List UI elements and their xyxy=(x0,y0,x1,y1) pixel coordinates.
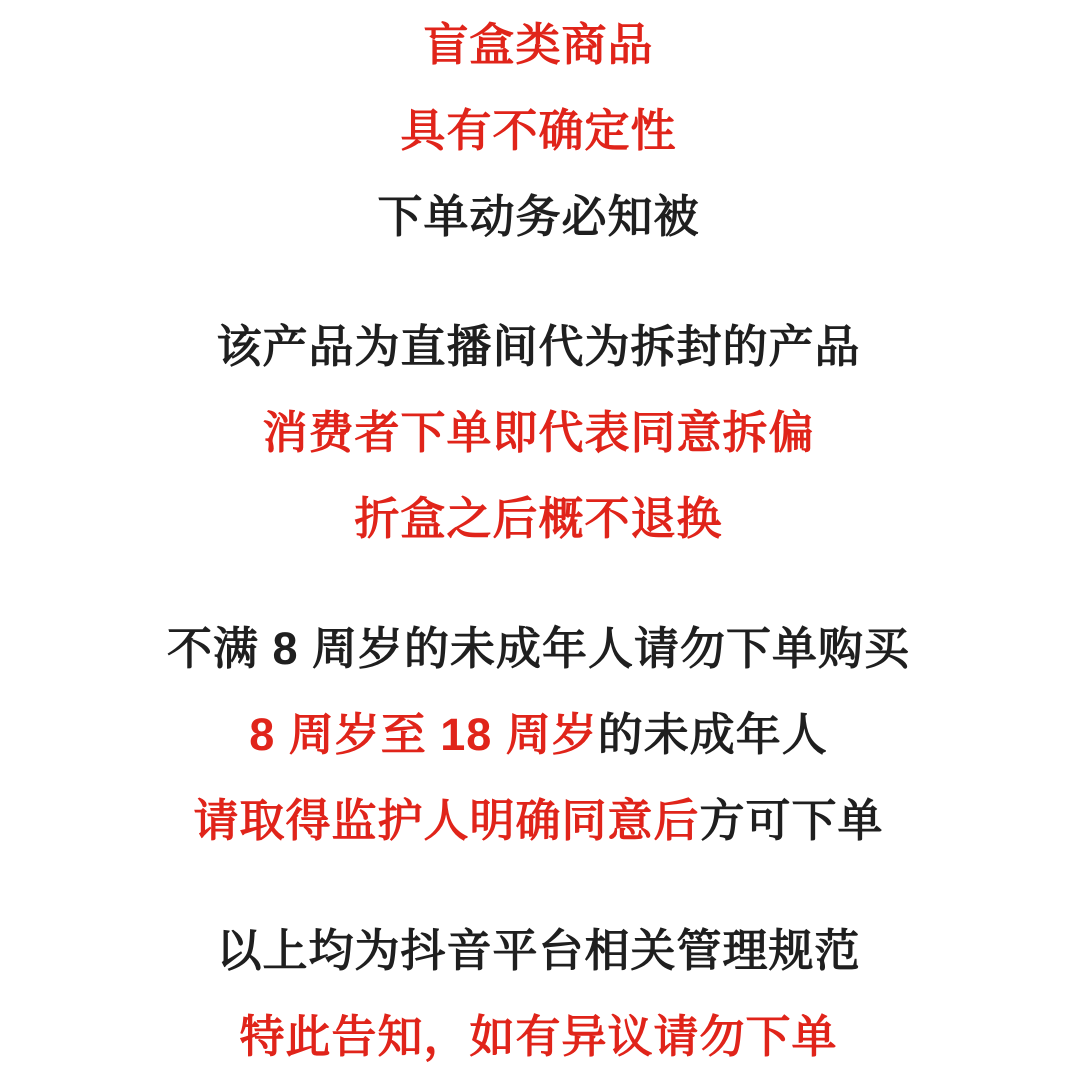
notice-line: 请取得监护人明确同意后方可下单 xyxy=(0,778,1077,864)
notice-text-segment: 请取得监护人明确同意后 xyxy=(193,795,699,846)
notice-text-segment: 的未成年人 xyxy=(598,709,828,760)
notice-group-header: 盲盒类商品 具有不确定性 下单动务必知被 xyxy=(0,2,1077,260)
notice-text-segment: 该产品为直播间代为拆封的产品 xyxy=(216,321,860,372)
notice-line: 不满 8 周岁的未成年人请勿下单购买 xyxy=(0,606,1077,692)
notice-group-footer: 以上均为抖音平台相关管理规范 特此告知，如有异议请勿下单 xyxy=(0,908,1077,1077)
notice-group-unboxing-policy: 该产品为直播间代为拆封的产品 消费者下单即代表同意拆偏 折盒之后概不退换 xyxy=(0,304,1077,562)
notice-line: 盲盒类商品 xyxy=(0,2,1077,88)
blind-box-notice: 盲盒类商品 具有不确定性 下单动务必知被 该产品为直播间代为拆封的产品 消费者下… xyxy=(0,0,1077,1077)
notice-text-segment: 特此告知，如有异议请勿下单 xyxy=(239,1011,837,1062)
notice-line: 以上均为抖音平台相关管理规范 xyxy=(0,908,1077,994)
notice-text-segment: 具有不确定性 xyxy=(400,105,676,156)
notice-text-segment: 8 周岁至 18 周岁 xyxy=(249,709,598,760)
notice-text-segment: 下单动务必知被 xyxy=(377,191,699,242)
notice-text-segment: 盲盒类商品 xyxy=(423,19,653,70)
notice-line: 下单动务必知被 xyxy=(0,174,1077,260)
notice-text-segment: 消费者下单即代表同意拆偏 xyxy=(262,407,814,458)
notice-line: 具有不确定性 xyxy=(0,88,1077,174)
notice-line: 该产品为直播间代为拆封的产品 xyxy=(0,304,1077,390)
notice-line: 折盒之后概不退换 xyxy=(0,476,1077,562)
notice-line: 8 周岁至 18 周岁的未成年人 xyxy=(0,692,1077,778)
notice-text-segment: 以上均为抖音平台相关管理规范 xyxy=(216,925,860,976)
notice-text-segment: 不满 8 周岁的未成年人请勿下单购买 xyxy=(167,623,910,674)
notice-text-segment: 折盒之后概不退换 xyxy=(354,493,722,544)
notice-text-segment: 方可下单 xyxy=(700,795,884,846)
notice-line: 特此告知，如有异议请勿下单 xyxy=(0,994,1077,1077)
notice-group-minor-policy: 不满 8 周岁的未成年人请勿下单购买 8 周岁至 18 周岁的未成年人 请取得监… xyxy=(0,606,1077,864)
notice-line: 消费者下单即代表同意拆偏 xyxy=(0,390,1077,476)
